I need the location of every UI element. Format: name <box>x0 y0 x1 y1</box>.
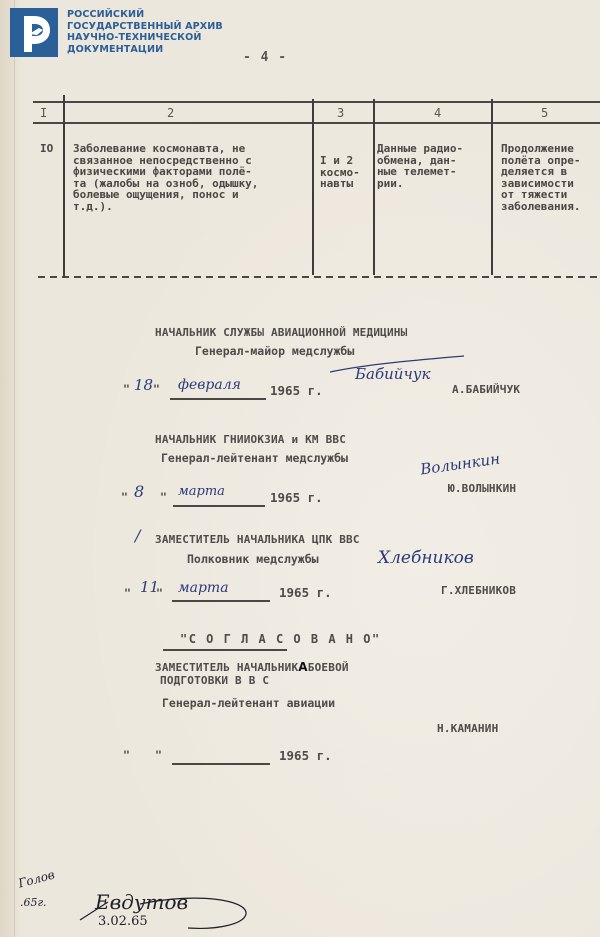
signatory-title: НАЧАЛЬНИК СЛУЖБЫ АВИАЦИОННОЙ МЕДИЦИНЫ <box>155 326 407 339</box>
signatory-name: Г.ХЛЕБНИКОВ <box>441 584 516 597</box>
table-column-divider <box>373 99 375 275</box>
archive-name: РОССИЙСКИЙ ГОСУДАРСТВЕННЫЙ АРХИВ НАУЧНО-… <box>67 9 223 55</box>
footer-signature-date: 3.02.65 <box>98 914 148 929</box>
table-header-col5: 5 <box>541 106 548 120</box>
signatory-rank: Полковник медслужбы <box>187 552 319 566</box>
table-column-divider <box>63 95 65 277</box>
date-underline <box>173 505 265 507</box>
signatory-rank: Генерал-лейтенант медслужбы <box>161 451 348 465</box>
rgantd-logo-icon <box>10 8 58 57</box>
table-column-divider <box>491 99 493 275</box>
archive-name-line: ГОСУДАРСТВЕННЫЙ АРХИВ <box>67 21 223 33</box>
date-day: 18 <box>134 376 153 394</box>
table-column-divider <box>312 99 314 275</box>
approval-heading-underline <box>163 649 287 651</box>
table-header-col4: 4 <box>434 106 441 120</box>
handwritten-signature: Бабийчук <box>355 365 430 383</box>
row-source: Данные радио- обмена, дан- ные телемет- … <box>377 143 463 189</box>
row-who: I и 2 космо- навты <box>320 155 360 190</box>
signatory-name: А.БАБИЙЧУК <box>452 383 520 396</box>
date-quote-close: " <box>155 748 162 762</box>
approval-heading: "С О Г Л А С О В А Н О" <box>180 632 381 646</box>
row-number: IO <box>40 143 53 155</box>
date-quote-close: " <box>153 382 160 396</box>
approval-name: Н.КАМАНИН <box>437 722 498 735</box>
date-quote-open: " <box>124 586 131 600</box>
date-quote-open: " <box>123 382 130 396</box>
archive-logo <box>10 8 58 57</box>
signatory-title: НАЧАЛЬНИК ГНИИОКЗИА и КМ ВВС <box>155 433 346 446</box>
date-quote-open: " <box>123 748 130 762</box>
date-quote-open: " <box>121 490 128 504</box>
date-year: 1965 г. <box>279 748 332 763</box>
date-underline <box>172 600 270 602</box>
date-year: 1965 г. <box>270 383 323 398</box>
approval-rank: Генерал-лейтенант авиации <box>162 696 335 710</box>
row-action: Продолжение полёта опре- деляется в зави… <box>501 143 580 212</box>
approval-title-line1: ЗАМЕСТИТЕЛЬ НАЧАЛЬНИКАБОЕВОЙ <box>155 660 349 674</box>
handwritten-signature: Хлебников <box>378 548 474 568</box>
row-description: Заболевание космонавта, не связанное неп… <box>73 143 258 212</box>
date-underline-blank <box>172 763 270 765</box>
date-month: февраля <box>178 377 241 393</box>
approval-title-line2: ПОДГОТОВКИ В В С <box>160 674 269 687</box>
inserted-letter: А <box>298 660 308 674</box>
table-header-border <box>33 122 600 124</box>
date-month: марта <box>178 580 229 596</box>
margin-note-date: .65г. <box>20 896 47 909</box>
date-year: 1965 г. <box>279 585 332 600</box>
date-year: 1965 г. <box>270 490 323 505</box>
handwritten-mark: / <box>135 526 140 545</box>
date-quote-close: " <box>160 490 167 504</box>
table-header-col1: I <box>40 106 47 120</box>
page-number: - 4 - <box>243 50 287 65</box>
date-day: 8 <box>134 482 144 501</box>
archive-name-line: ДОКУМЕНТАЦИИ <box>67 44 223 56</box>
table-continuation-dashed-line <box>38 276 600 278</box>
date-month: марта <box>178 484 225 499</box>
date-underline <box>170 398 266 400</box>
table-top-border <box>33 101 600 103</box>
table-header-col2: 2 <box>167 106 174 120</box>
archive-name-line: НАУЧНО-ТЕХНИЧЕСКОЙ <box>67 32 223 44</box>
date-quote-close: " <box>156 586 163 600</box>
table-header-col3: 3 <box>337 106 344 120</box>
footer-signature: Евдутов <box>95 890 188 914</box>
archive-name-line: РОССИЙСКИЙ <box>67 9 223 21</box>
signatory-title: ЗАМЕСТИТЕЛЬ НАЧАЛЬНИКА ЦПК ВВС <box>155 533 360 546</box>
document-page <box>0 0 600 937</box>
page-margin-edge <box>14 0 15 937</box>
signatory-name: Ю.ВОЛЫНКИН <box>448 482 516 495</box>
